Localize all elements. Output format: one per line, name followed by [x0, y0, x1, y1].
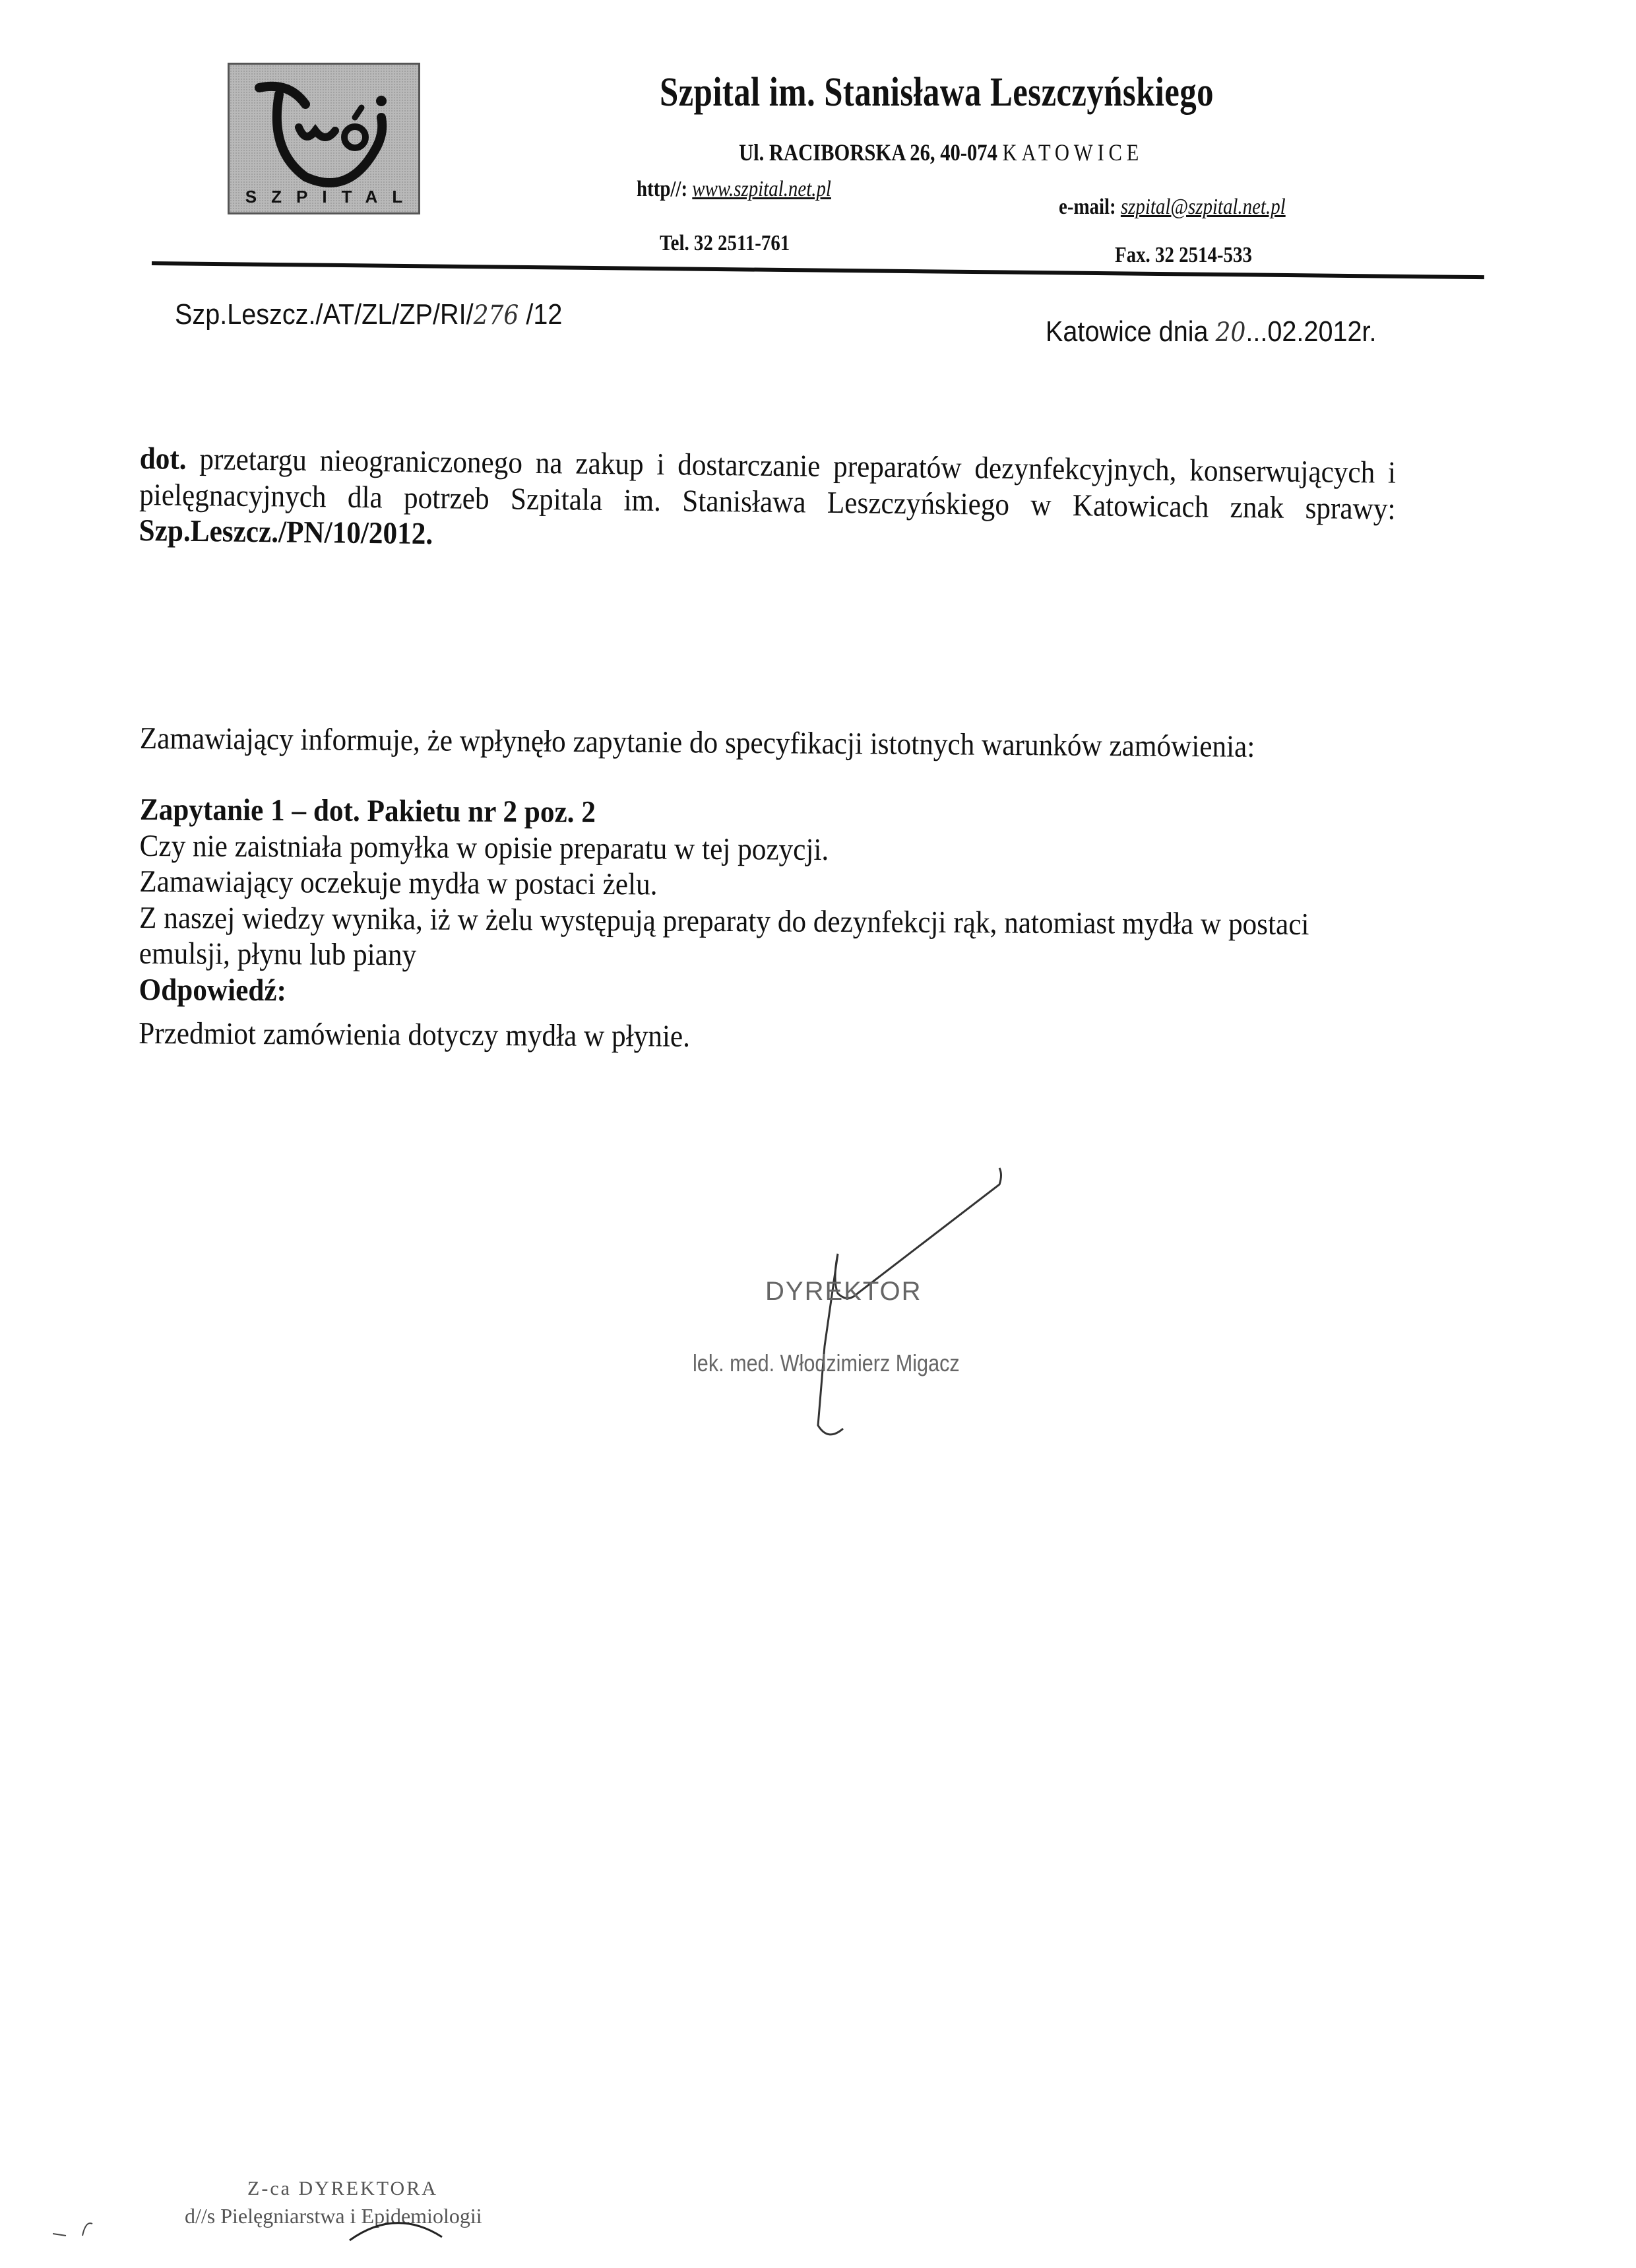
- case-number: Szp.Leszcz./PN/10/2012.: [139, 513, 433, 551]
- signatory-title: DYREKTOR: [765, 1277, 922, 1307]
- hospital-name: Szpital im. Stanisława Leszczyńskiego: [660, 69, 1214, 116]
- website-link[interactable]: www.szpital.net.pl: [692, 177, 831, 201]
- answer-text: Przedmiot zamówienia dotyczy mydła w pły…: [139, 1016, 1395, 1058]
- fax-number: Fax. 32 2514-533: [1115, 243, 1252, 268]
- reference-suffix: /12: [519, 298, 562, 331]
- handwritten-reference: 276: [474, 300, 519, 331]
- hospital-address: Ul. RACIBORSKA 26, 40-074 KATOWICE: [739, 139, 1143, 166]
- smile-logo-icon: [243, 71, 408, 190]
- subject-text: przetargu nieograniczonego na zakup i do…: [139, 442, 1396, 526]
- header-divider: [152, 261, 1484, 279]
- signatory-name: lek. med. Włodzimierz Migacz: [693, 1349, 960, 1377]
- question-title: Zapytanie 1 – dot. Pakietu nr 2 poz. 2: [140, 792, 1397, 835]
- deputy-signature-icon: [53, 2204, 515, 2244]
- question-line: Z naszej wiedzy wynika, iż w żelu występ…: [139, 900, 1396, 979]
- date-prefix: Katowice dnia: [1046, 315, 1216, 348]
- website: http//: www.szpital.net.pl: [637, 177, 831, 202]
- logo-text: SZPITAL: [230, 187, 418, 207]
- question-section: Zapytanie 1 – dot. Pakietu nr 2 poz. 2 C…: [139, 792, 1396, 1058]
- email: e-mail: szpital@szpital.net.pl: [1059, 195, 1286, 220]
- website-label: http//:: [637, 177, 687, 201]
- answer-label: Odpowiedź:: [139, 972, 1395, 1015]
- letter-date: Katowice dnia 20...02.2012r.: [1046, 315, 1377, 348]
- phone-number: Tel. 32 2511-761: [660, 231, 790, 256]
- reference-number: Szp.Leszcz./AT/ZL/ZP/RI/276 /12: [175, 298, 562, 331]
- email-label: e-mail:: [1059, 195, 1116, 219]
- hospital-logo: SZPITAL: [228, 63, 420, 214]
- intro-paragraph: Zamawiający informuje, że wpłynęło zapyt…: [140, 721, 1397, 766]
- email-link[interactable]: szpital@szpital.net.pl: [1121, 195, 1286, 219]
- reference-prefix: Szp.Leszcz./AT/ZL/ZP/RI/: [175, 298, 474, 331]
- subject-label: dot.: [139, 441, 186, 476]
- date-suffix: ...02.2012r.: [1245, 315, 1376, 348]
- address-street: Ul. RACIBORSKA 26, 40-074: [739, 139, 997, 166]
- subject-paragraph: dot. przetargu nieograniczonego na zakup…: [139, 441, 1396, 563]
- question-line: Zamawiający oczekuje mydła w postaci żel…: [139, 864, 1396, 907]
- signature-icon: [660, 1148, 1055, 1465]
- deputy-stamp-title: Z-ca DYREKTORA: [247, 2178, 438, 2200]
- address-city: KATOWICE: [1003, 139, 1144, 166]
- handwritten-day: 20: [1216, 317, 1246, 348]
